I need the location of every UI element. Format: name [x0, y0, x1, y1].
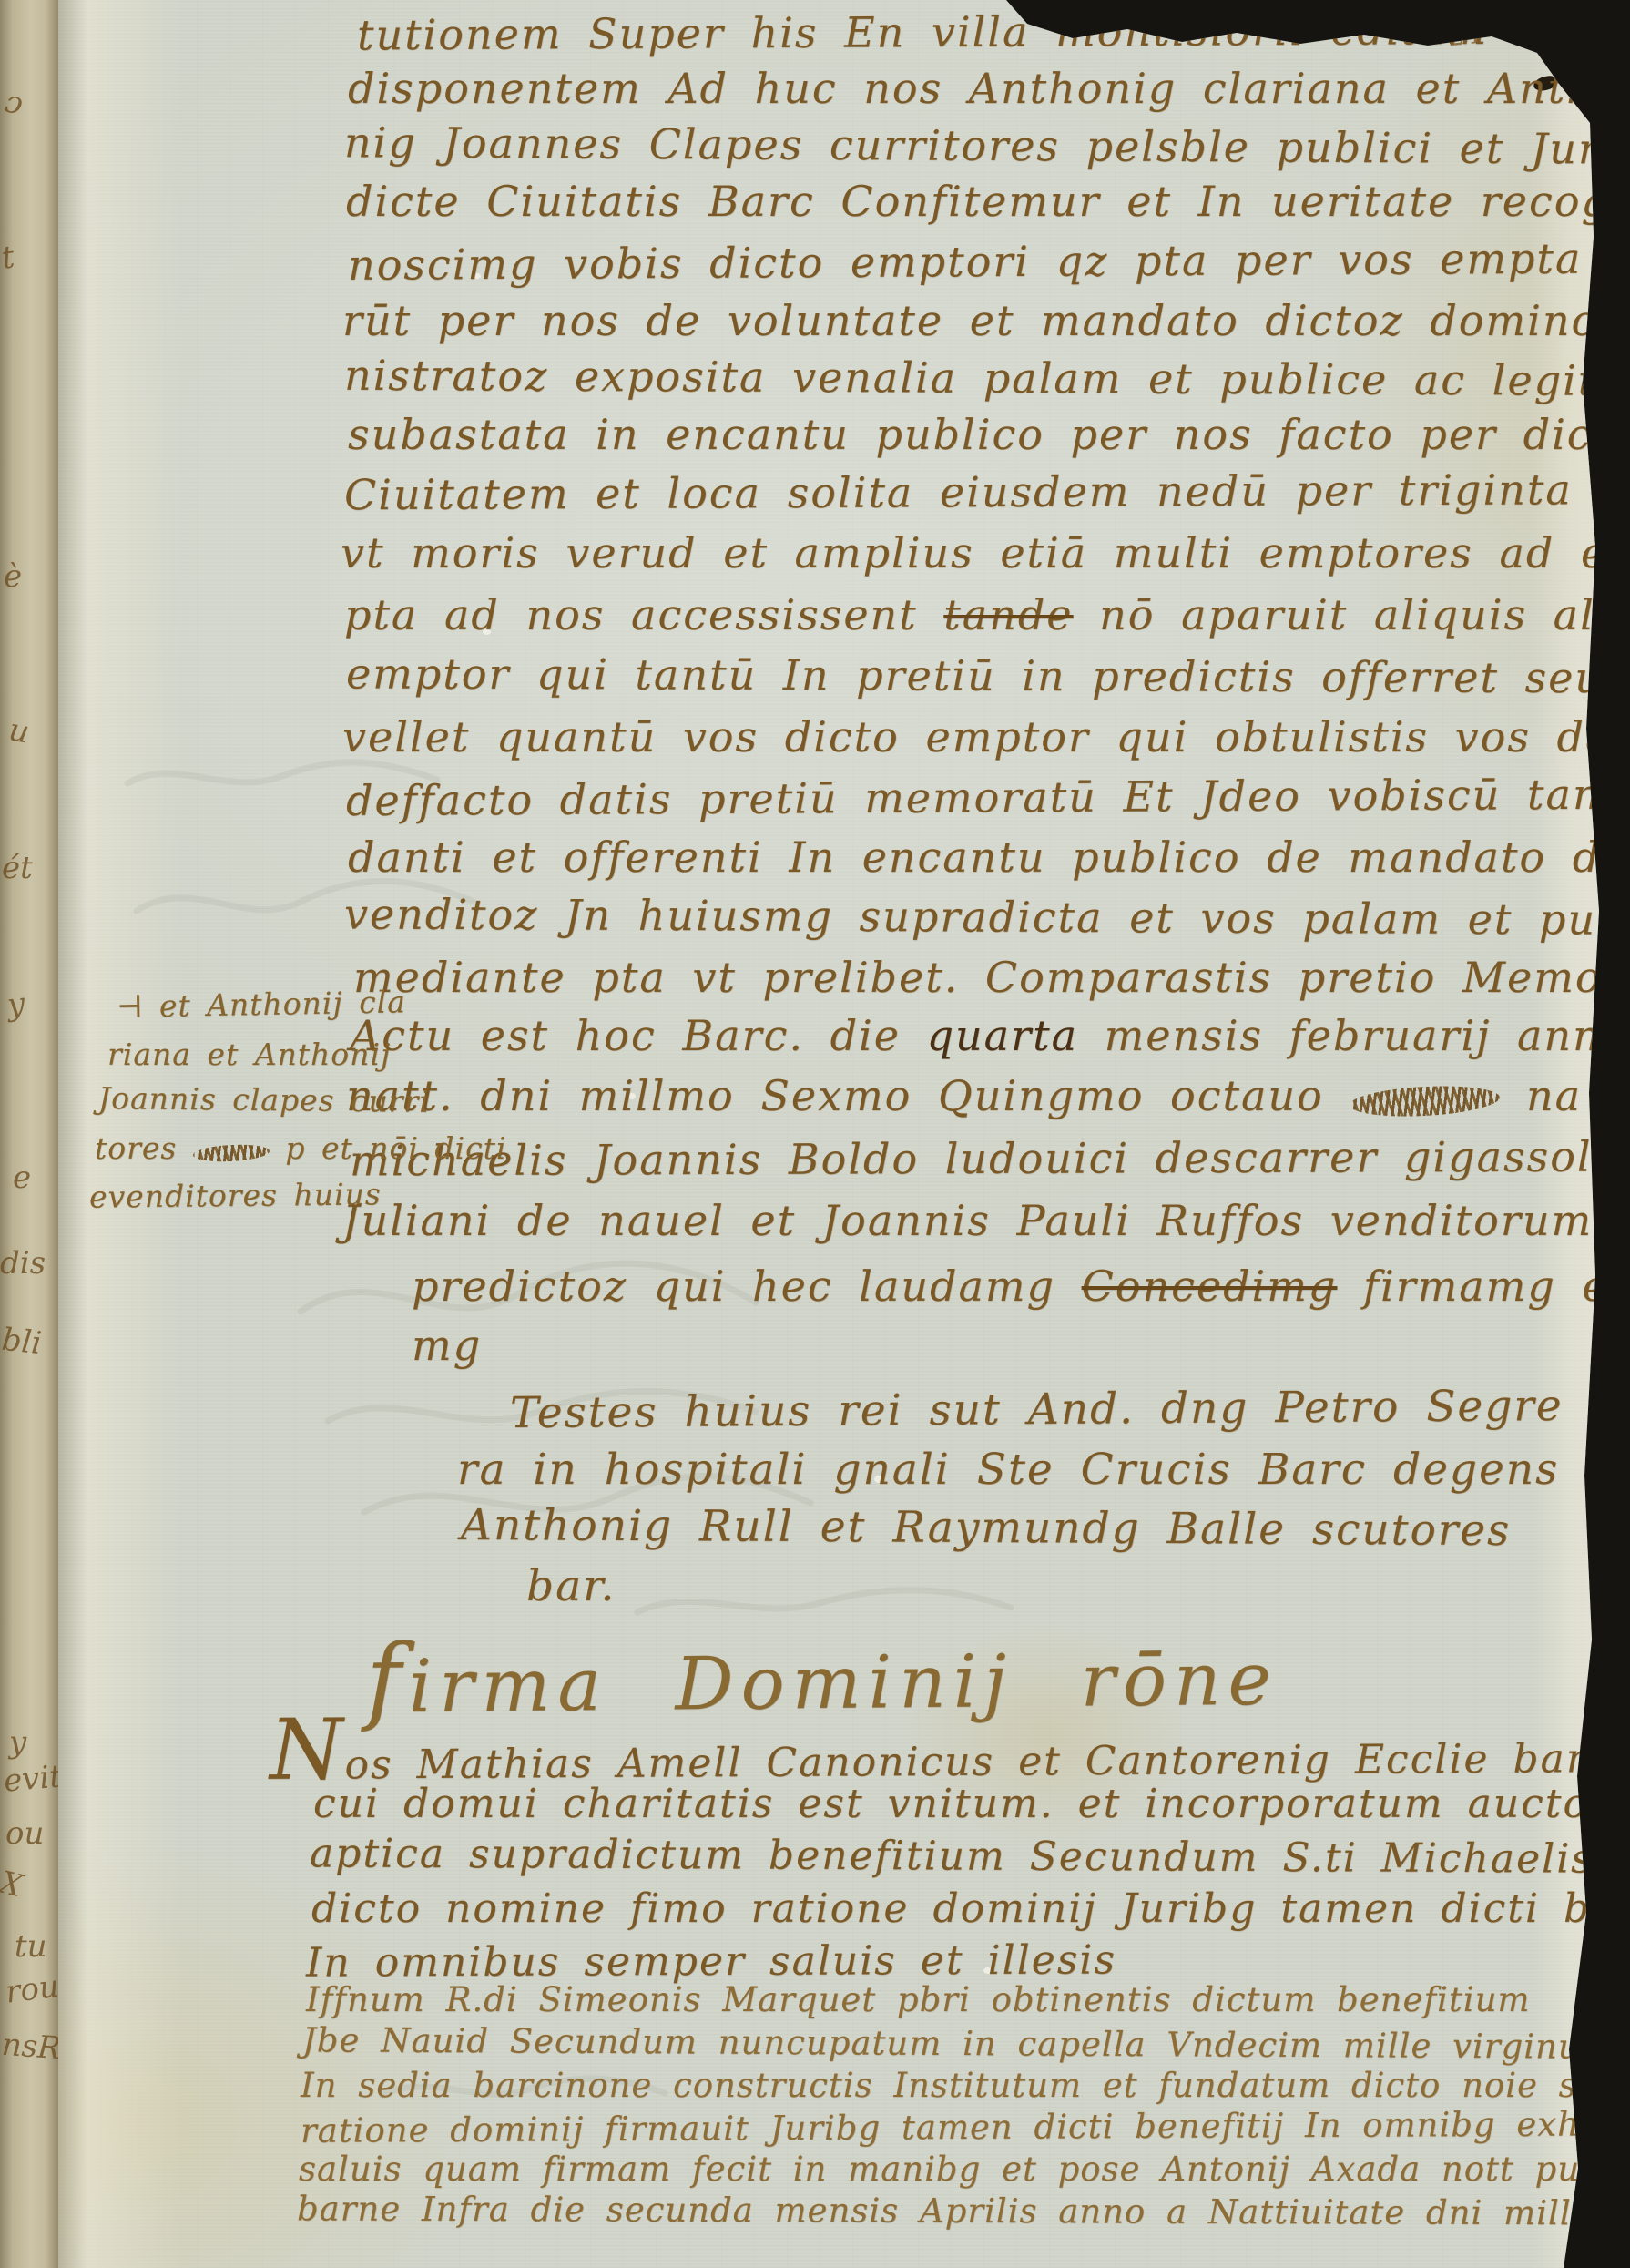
section-heading: firma Dominij rōne [366, 1619, 1279, 1732]
text-line: nistratoz exposita venalia palam et publ… [344, 352, 1630, 404]
text-line: tutionem Super his En villa montisiorii … [357, 6, 1560, 59]
text-run: Actu est hoc Barc. die [350, 1011, 901, 1060]
struck-text: Concedimg [1082, 1262, 1338, 1311]
text-line: predictoz qui hec laudamg Concedimg firm… [412, 1263, 1630, 1310]
firma-line: Jbe Nauid Secundum nuncupatum in capella… [302, 2022, 1614, 2066]
text-line: deffacto datis pretiū memoratū Et Jdeo v… [346, 771, 1630, 824]
text-line: mediante pta vt prelibet. Comparastis pr… [353, 955, 1630, 1001]
firma-line: In omnibus semper saluis et illesis [306, 1938, 1116, 1985]
spine-ink-fragment: roué [4, 1968, 58, 2007]
text-run: firmamg et Jura [1363, 1262, 1630, 1311]
text-line: Actu est hoc Barc. die quarta mensis feb… [350, 1013, 1630, 1059]
firma-line: cui domui charitatis est vnitum. et inco… [313, 1783, 1630, 1826]
text-line: vt moris verud et amplius etiā multi emp… [341, 530, 1630, 577]
spine-ink-fragment: X [0, 1867, 25, 1903]
text-run: pta ad nos accessissent [344, 590, 918, 639]
scribbled-out-word [1350, 1083, 1501, 1120]
text-line: dicte Ciuitatis Barc Confitemur et In ue… [346, 179, 1610, 225]
witness-line: ra in hospitali gnali Ste Crucis Barc de… [457, 1446, 1559, 1494]
margin-note-line: riana et Anthonij [107, 1038, 391, 1071]
spine-ink-fragment: evit [3, 1761, 58, 1796]
margin-note-line: evenditores huius [89, 1178, 382, 1214]
text-run: predictoz qui hec laudamg [412, 1262, 1055, 1311]
scribbled-out-word [192, 1143, 270, 1163]
margin-note-line: tores p et nōi dicti [95, 1132, 506, 1165]
text-line: emptor qui tantū In pretiū in predictis … [346, 650, 1630, 701]
text-run: tores [95, 1130, 177, 1166]
text-line: nig Joannes Clapes curritores pelsble pu… [344, 119, 1630, 172]
text-line: Juliani de nauel et Joannis Pauli Ruffos… [342, 1198, 1593, 1244]
manuscript-page: 24 tutionem Super his En villa montisior… [0, 0, 1630, 2268]
firma-line: ratione dominij firmauit Juribg tamen di… [301, 2106, 1630, 2150]
firma-line: saluis quam firmam fecit in manibg et po… [299, 2151, 1630, 2189]
spine-ink-fragment: u [6, 714, 31, 748]
text-line: venditoz Jn huiusmg supradicta et vos pa… [344, 891, 1630, 944]
firma-line: Nos Mathias Amell Canonicus et Cantoreni… [270, 1722, 1613, 1788]
text-run: natt. dni millmo Sexmo Quingmo octauo [346, 1071, 1324, 1120]
spine-ink-fragment: ɔ [3, 86, 26, 119]
spine-ink-fragment: nsR [1, 2029, 58, 2064]
inserted-word: quarta [927, 1011, 1078, 1060]
witness-line: bar. [526, 1563, 616, 1610]
spine-ink-fragment: dis [0, 1248, 46, 1279]
text-line: disponentem Ad huc nos Anthonig clariana… [348, 66, 1623, 112]
text-line: vellet quantū vos dicto emptor qui obtul… [342, 714, 1630, 761]
text-run: mensis februarij anno a [1105, 1011, 1630, 1060]
text-run: nō aparuit aliquis alius [1099, 590, 1630, 639]
spine-ink-fragment: e [13, 1162, 31, 1193]
spine-ink-fragment: y [5, 988, 26, 1021]
text-line: noscimg vobis dicto emptori qz pta per v… [348, 235, 1630, 288]
firma-line: aptica supradictum benefitium Secundum S… [310, 1832, 1630, 1883]
pen-stroke-mark [1546, 52, 1602, 65]
spine-ink-fragment: ét [2, 853, 33, 884]
margin-note-line: Joannis clapes curri [98, 1082, 430, 1119]
spine-ink-fragment: è [4, 561, 22, 592]
text-line: rūt per nos de voluntate et mandato dict… [342, 298, 1630, 344]
text-line: mg [412, 1323, 482, 1369]
witness-line: Anthonig Rull et Raymundg Balle scutores [461, 1502, 1511, 1555]
firma-line: dicto nomine fimo ratione dominij Juribg… [311, 1887, 1630, 1931]
spine-ink-fragment: bli [0, 1324, 43, 1359]
firma-line: barne Infra die secunda mensis Aprilis a… [297, 2191, 1630, 2232]
spine-ink-fragment: tu [15, 1931, 47, 1962]
text-line: danti et offerenti In encantu publico de… [348, 834, 1630, 881]
spine-ink-fragment: ou [5, 1818, 44, 1849]
firma-line: In sedia barcinone constructis Institutu… [301, 2068, 1624, 2105]
spine-ink-fragment: t [0, 241, 16, 274]
text-run: p et nōi dicti [285, 1130, 506, 1166]
struck-text: tande [943, 590, 1073, 639]
text-line: michaelis Joannis Boldo ludouici descarr… [350, 1134, 1593, 1184]
witness-line: Testes huius rei sut And. dng Petro Segr… [510, 1383, 1564, 1437]
spine-page-edge: ɔ t è u ét y e dis bli y evit ou X tu ro… [0, 0, 58, 2268]
text-line: natt. dni millmo Sexmo Quingmo octauo na [346, 1073, 1582, 1119]
spine-ink-fragment: y [9, 1727, 26, 1758]
manuscript-scan: { "document": { "folio_number": "24", "h… [0, 0, 1630, 2268]
text-line: pta ad nos accessissent tande nō aparuit… [344, 592, 1630, 639]
text-line: subastata in encantu publico per nos fac… [348, 412, 1630, 458]
text-line: Ciuitatem et loca solita eiusdem nedū pe… [344, 466, 1630, 518]
firma-line: Iffnum R.di Simeonis Marquet pbri obtine… [306, 1982, 1531, 2019]
text-run: na [1526, 1071, 1582, 1120]
margin-note-line: ⊣ et Anthonij cla [117, 986, 406, 1024]
